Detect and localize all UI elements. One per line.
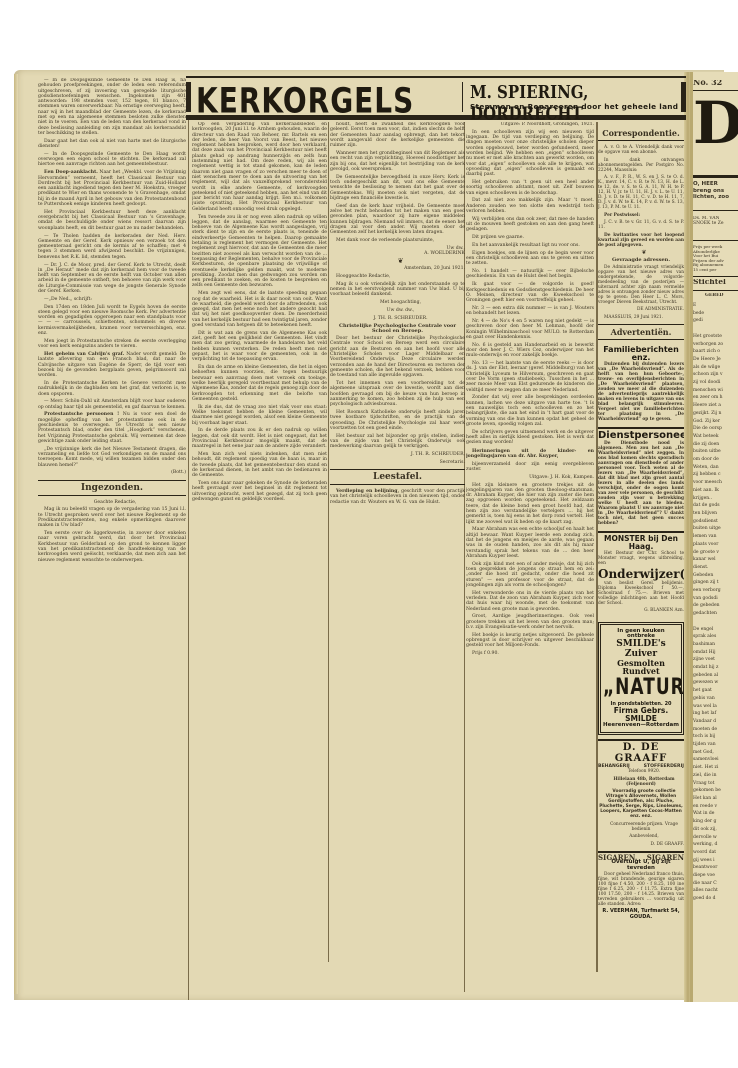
text-line: als de wilge — [693, 364, 738, 372]
letter-closing: Met hoogachting, — [330, 300, 465, 305]
text-line: Die de oorsp — [693, 425, 738, 433]
rule — [693, 276, 738, 277]
ad-text: Het Bestuur der Chr. School te Monster v… — [598, 551, 684, 566]
text-line: buiten uitbe — [693, 448, 738, 456]
letter-salutation: Hooggeachte Redactie, — [330, 274, 465, 279]
news-item: Men joegt in Protestantsche streken de e… — [38, 339, 186, 350]
ad-address: R. VEERMAN, Turfmarkt 54, GOUDA. — [598, 909, 684, 920]
text-line: toch is bij — [693, 733, 738, 741]
review-paragraph: Het zijn kleinere en grootere trekjes ui… — [466, 483, 594, 525]
text-line: Weten, dan — [693, 464, 738, 472]
letter-paragraph: houdt, heeft de zwakheid des kerkvoogden… — [330, 122, 465, 148]
text-line: zijne voet — [693, 656, 738, 664]
ad-phone: Telefoon 9920. — [598, 769, 684, 774]
text-line: gedachten — [693, 610, 738, 618]
next-page-text: Ebedegedi Het grootsteverborgen zobaart … — [693, 302, 738, 903]
ad-subheading: Overtuigt U, gij zijt tevreden — [598, 860, 684, 872]
ad-sigaren: SIGAREN. SIGAREN Overtuigt U, gij zijt t… — [598, 851, 684, 922]
ad-text: Door geheel Nederland franco thuis, fijn… — [598, 872, 684, 907]
review-paragraph: bijeenverzameld door zijn eenig overgebl… — [466, 462, 594, 473]
ad-text: BEHANGERIJ — [598, 764, 630, 769]
section-heading-ingezonden: Ingezonden. — [38, 480, 186, 496]
review-paragraph: No. 1 handelt — natuurlijk — over Bijbel… — [466, 269, 594, 280]
review-paragraph: Eigen boekjes, om de lijnen op de begin … — [466, 251, 594, 267]
column-4: Uitgave: P. Noordhoff, Groningen, 1921. … — [466, 122, 594, 1022]
masthead-ad: KERKORGELS M. SPIERING, DORDRECHT Stemme… — [186, 76, 686, 120]
masthead-divider — [462, 82, 463, 112]
text-line: buiten uitge — [693, 525, 738, 533]
text-line: bashiman — [693, 641, 738, 649]
news-item: In de Protestantsche Kerken te Geneve ve… — [38, 381, 186, 397]
text-line: gedi — [693, 317, 738, 325]
text-line: het gaat — [693, 687, 738, 695]
letter-paragraph: De Gemeentelijke bevoegdheid in onze Her… — [330, 175, 465, 201]
text-line: de gebeden — [693, 602, 738, 610]
correspondence-notice: De kwitanties voor het loopend kwartaal … — [598, 233, 684, 248]
administration-place-date: MAASSLUIS, 29 Juni 1921. — [598, 315, 684, 320]
news-item-source: (Bott.) — [38, 470, 186, 475]
column-rule — [188, 120, 189, 1000]
review-paragraph: Het boekje is keurig netjes uitgevoerd. … — [466, 633, 594, 649]
rule — [693, 210, 738, 211]
text-line: zij vol doodi — [693, 379, 738, 387]
text-line: Vandaar d — [693, 718, 738, 726]
column-3: houdt, heeft de zwakheid des kerkvoogden… — [330, 122, 465, 1022]
news-item: —„De Ned.„ schrijft: — [38, 297, 186, 302]
text-line: ziel, die in — [693, 772, 738, 780]
administration-signature: DE ADMINISTRATIE. — [598, 307, 684, 312]
text-line: woord dat — [693, 849, 738, 857]
news-item-text: Nu is voor een doel de mogelijke opheffi… — [38, 412, 186, 443]
article-heading: Christelijke Psychologische Centrale voo… — [330, 324, 465, 335]
review-price: Prijs f 0.90. — [466, 651, 594, 656]
text-line: De Heere Je — [693, 356, 738, 364]
text-line: alles nacht — [693, 887, 738, 895]
ad-address: Hilleiaan 48b, Rotterdam (Feljenoord) — [598, 777, 684, 787]
ad-signature: Aanbevelend, — [598, 834, 684, 839]
ad-de-graaff: D. DE GRAAFF BEHANGERIJ STOFFEERDERIJ Te… — [598, 739, 684, 851]
text-line: die naar C — [693, 880, 738, 888]
text-line: om door de — [693, 456, 738, 464]
review-paragraph: Het verwonderde ons in de vierde plaats … — [466, 591, 594, 612]
text-line: Wat in de — [693, 810, 738, 818]
section-heading-advertenties: Advertentiën. — [598, 324, 684, 340]
text-line: menschen wi — [693, 387, 738, 395]
review-paragraph: Wij verblijden ons dan ook zeer, dat mee… — [466, 217, 594, 233]
ad-text: De Dienstbode nood is algemeen. Men zou … — [598, 441, 684, 526]
letter-closing: Uw dw. dw., — [330, 308, 465, 313]
news-item: — In de Doopsgezinde Gemeente te Den Haa… — [38, 152, 186, 168]
correspondence-item: A. v. O. te A. Vriendelijk dank voor de … — [598, 145, 684, 155]
correspondence-subhead: Per Postwissel: — [598, 213, 684, 218]
text-line: diepe voe — [693, 872, 738, 880]
text-line: omdat Hij — [693, 649, 738, 657]
page-edge — [14, 74, 18, 994]
news-item: Protestantsche persoonen ! Nu is voor ee… — [38, 412, 186, 444]
correspondence-item: De Administratie vraagt vriendelijk opga… — [598, 265, 684, 305]
nameplate-initial: D — [693, 92, 738, 154]
text-line: van godsdi — [693, 595, 738, 603]
text-line: kanar wel — [693, 556, 738, 564]
text-line: werking, d — [693, 841, 738, 849]
article-signature-role: Secretaris. — [330, 460, 465, 465]
text-line: 15 cent per — [693, 268, 738, 273]
letter-paragraph: Mag ik nu beleefd vragen op de vergaderi… — [38, 507, 186, 528]
review-paragraph: Ik gaat voor — de volgorde is goed! Kerk… — [466, 282, 594, 303]
letter-paragraph: Ten tweede zou ik er nog even allen nadr… — [192, 215, 327, 289]
text-line: lichten, zoo — [693, 194, 738, 201]
publisher-line: Uitgave: J. H. Kok, Kampen. — [466, 475, 594, 480]
ad-heading: D. DE GRAAFF — [598, 743, 684, 764]
text-line: gingen zij t — [693, 579, 738, 587]
news-item-text: Naar het „Weekbl. voor de Vrijzinnig Her… — [38, 170, 186, 207]
letter-paragraph: Geef dan de kerk haar vrijheid. De Gemee… — [330, 204, 465, 236]
letter-paragraph: Ik zie dus, dat de vraag zoo niet vlak v… — [192, 405, 327, 426]
masthead-bar-right — [681, 82, 686, 112]
news-item: — In de Doopsgezinde Gemeente te Den Haa… — [38, 78, 186, 136]
text-line: gebis van — [693, 695, 738, 703]
letter-paragraph: In de derde plaats zou ik er den nadruk … — [192, 428, 327, 449]
correspondence-subhead: Gevraagde adressen. — [598, 258, 684, 263]
ornament: ❦ — [598, 250, 684, 255]
text-line: plaats voor — [693, 541, 738, 549]
review-paragraph: Dat zal niet zoo makkelijk zijn. Maar 't… — [466, 198, 594, 214]
text-line: SNOEK te Ze — [693, 221, 738, 226]
text-line: God. Zij ker — [693, 418, 738, 426]
review-paragraph: Maar Abraham was een echte schooljuf en … — [466, 527, 594, 559]
news-item: — Te Tholen hadden de kerkeraden der Ned… — [38, 234, 186, 260]
text-line: sprak ales — [693, 633, 738, 641]
review-paragraph: No. 6 is gesteld aan Handenarbeid en is … — [466, 343, 594, 359]
review-paragraph: Het gebruiken van 't geen uit een heel a… — [466, 180, 594, 196]
news-item: Het Provinciaal Kerkbestuur heeft deze a… — [38, 210, 186, 231]
section-heading-stichtelijk: Stichtel — [693, 279, 738, 284]
text-line: dit ook zij, — [693, 826, 738, 834]
rule — [693, 240, 738, 241]
text-line: zij hebben c — [693, 471, 738, 479]
ad-signature: D. DE GRAAFF. — [598, 842, 684, 847]
letter-paragraph: Ten eerste over de liggerkwestie, in zoo… — [38, 531, 186, 563]
letter-paragraph: Men zegt wel eens, dat de laatste speedi… — [192, 291, 327, 328]
text-line: Wat beteek — [693, 433, 738, 441]
news-item: Den 17den en 18den Juli wordt te Eygels … — [38, 305, 186, 337]
ad-heading: Dienstpersoneel. — [598, 431, 684, 442]
text-line — [693, 325, 738, 333]
text-line: bede — [693, 310, 738, 318]
text-line: krijgen.. — [693, 495, 738, 503]
text-line: goed do d — [693, 895, 738, 903]
ad-heading: Familieberichten enz. — [598, 346, 684, 363]
ad-heading: Onderwijzer(es), — [598, 568, 684, 581]
column-2: Op een vergadering van kerkeraadsleden e… — [192, 122, 327, 942]
column-5: Correspondentie. A. v. O. te A. Vriendel… — [598, 122, 684, 962]
ad-text: Voorradig groote collectie Vitrage's All… — [598, 789, 684, 819]
ad-text: van beslist Gerel. belijdenis. Diploma K… — [598, 581, 684, 606]
letter-paragraph: Men kan zich wel niets indenken, dat men… — [192, 452, 327, 478]
ad-natura: In geen keuken ontbreke SMILDE's Zuiver … — [598, 622, 684, 736]
letter-paragraph: Op een vergadering van kerkeraadsleden e… — [192, 122, 327, 212]
letter-paragraph: En dan de arme en kleine Gemeenten, die … — [192, 365, 327, 402]
text-line: die zij doen — [693, 441, 738, 449]
ad-text: Duizenden bij duizenden lezers van „De W… — [598, 362, 684, 422]
text-line: king der g — [693, 818, 738, 826]
text-line: ten blijven — [693, 510, 738, 518]
article-paragraph: Het bestuur zal het bijzonder op prijs s… — [330, 434, 465, 450]
review-paragraph: Zonder dat wij over alle besprekingen oo… — [466, 395, 594, 427]
nameplate-motto: O, HEERbreng onslichten, zoo — [693, 181, 738, 201]
text-line: dat de gods — [693, 502, 738, 510]
news-item: — Mevr. Schön-Dahl uit Amsterdam blijft … — [38, 399, 186, 410]
text-line — [693, 618, 738, 626]
ad-familieberichten: Familieberichten enz. Duizenden bij duiz… — [598, 344, 684, 427]
letter-paragraph: Dit is wat aan de grens van de Algemeene… — [192, 331, 327, 363]
article-signature: J. TH. R. SCHREUDER, — [330, 452, 465, 457]
text-line: De engel — [693, 626, 738, 634]
text-line: ing het laf — [693, 710, 738, 718]
masthead-title: KERKORGELS — [196, 80, 414, 121]
ad-firm: Firma Gebrs. SMILDE — [603, 707, 679, 723]
text-line: moeten de — [693, 726, 738, 734]
ad-city: Heerenveen—Rotterdam — [603, 723, 679, 729]
rule — [693, 175, 738, 178]
text-line: schoon zijn v — [693, 371, 738, 379]
text-line: gij wees i — [693, 857, 738, 865]
article-heading: GEBED — [705, 293, 738, 298]
masthead-tagline: Stemmen en Repareeren door het geheele l… — [470, 102, 678, 111]
text-line: gekomen be — [693, 787, 738, 795]
ad-heading: SMILDE's Zuiver — [603, 640, 679, 659]
text-line: baart zich o — [693, 348, 738, 356]
text-line: lemen van — [693, 533, 738, 541]
text-line: met God, — [693, 749, 738, 757]
review-paragraph: Groot, Aardige jeugdherinneringen. Ook v… — [466, 614, 594, 630]
review-paragraph: Ook zijn kind met een of ander meisje, d… — [466, 562, 594, 588]
ad-monster: MONSTER bij Den Haag. Het Bestuur der Ch… — [598, 531, 684, 618]
correspondence-item: J. C. v. B. te v. Gr. 11, G. v. d. S. te… — [598, 220, 684, 230]
review-paragraph: Verdieping en belijning, geschrift voor … — [330, 489, 465, 505]
text-line: gewezen w — [693, 679, 738, 687]
article-paragraph: Tot het innemen van een voorbereiding to… — [330, 381, 465, 407]
text-line: E — [693, 302, 738, 310]
letter-salutation: Geachte Redactie, — [38, 500, 186, 505]
review-paragraph: Dit prijzen we gaarne. — [466, 235, 594, 240]
review-title: Herinneringen uit de kinder- en jongelin… — [466, 449, 594, 460]
rule — [693, 290, 738, 291]
publisher-line: Uitgave: P. Noordhoff, Groningen, 1921. — [466, 122, 594, 127]
text-line: en reede v — [693, 803, 738, 811]
text-line: dienst. — [693, 564, 738, 572]
letter-paragraph: Mag ik u ook vriendelijk zijn het onders… — [330, 282, 465, 298]
article-paragraph: Door het bestuur der Christelijke Psycho… — [330, 336, 465, 378]
section-heading-correspondentie: Correspondentie. — [598, 126, 684, 141]
ad-brand: „NATURA” — [603, 677, 679, 700]
text-line: omdat hij z — [693, 664, 738, 672]
review-paragraph: Nr. 3 — een extra dik nummer — is van J.… — [466, 306, 594, 317]
review-paragraph: In een schoolleven zijn wij een nieuwen … — [466, 130, 594, 178]
review-paragraph: En het aanvankelijk resultaat ligt nu vo… — [466, 243, 594, 248]
text-line: dervolle w — [693, 834, 738, 842]
text-line: Het kan al — [693, 795, 738, 803]
column-1: — In de Doopsgezinde Gemeente te Den Haa… — [38, 78, 186, 998]
section-heading-leestafel: Leestafel. — [330, 469, 465, 485]
ad-text: Concurreerende prijzen. Vrage bedienin — [598, 822, 684, 832]
news-item-title: Een Doop-aanklacht. — [44, 170, 98, 175]
text-line: samenvloei — [693, 756, 738, 764]
text-line: Vraag tot — [693, 780, 738, 788]
ad-heading: Gesmolten Rundvet — [603, 659, 679, 676]
news-item-title: Protestantsche persoonen ! — [44, 412, 119, 417]
text-line: verborgen zo — [693, 341, 738, 349]
letter-paragraph: Toen ons daar naar gekeken de Synode de … — [192, 481, 327, 502]
news-item: Het geheim van Calvijn's graf. Nader wor… — [38, 352, 186, 378]
review-paragraph: No. 13 — het laatste van de eerste reeks… — [466, 361, 594, 393]
masthead-bar-left — [186, 82, 191, 112]
nameplate-prices: Prijs per weekAfzonderlijkeVoor het BuiP… — [693, 245, 738, 273]
correspondence-item: A. v. F., P. R., W. S. en J. S. te O. d.… — [598, 175, 684, 210]
news-item: Een Doop-aanklacht. Naar het „Weekbl. vo… — [38, 170, 186, 207]
letter-place-date: Amsterdam, 20 Juni 1921. — [330, 266, 465, 271]
ad-signature: G. BLANKEN Azn. — [598, 608, 684, 613]
text-line: godsdienst — [693, 518, 738, 526]
review-paragraph: De schrijvers geven uitnemend werk en de… — [466, 430, 594, 446]
text-line: de groote v — [693, 549, 738, 557]
correspondence-item: In dank ontvangen abonnementsgelden. Per… — [598, 158, 684, 173]
text-line: Gebeden — [693, 572, 738, 580]
ornament: ❦ — [330, 259, 465, 264]
issue-number: No. 32 — [693, 80, 738, 85]
text-line: en zeer om h — [693, 394, 738, 402]
letter-signature: Uw dw., A. WOELDERINK — [330, 246, 465, 257]
letter-signature: J. TH. R. SCHREUDER. — [330, 316, 465, 321]
text-line: niet aan. Ik — [693, 487, 738, 495]
rule — [693, 90, 738, 91]
letter-paragraph: Met dank voor de verleende plaatsruimte, — [330, 238, 465, 243]
news-item: „De vrijzinnige kerk die het Nieuwe Test… — [38, 447, 186, 468]
text-line: voor meesch — [693, 479, 738, 487]
news-item: Daar gaat het dan ook al niet van harte … — [38, 139, 186, 150]
text-line: niet. Het zi — [693, 764, 738, 772]
letter-paragraph: Wanneer men het grondbeginsel van dit Re… — [330, 151, 465, 172]
review-paragraph: Nr. 4 — de No's 4 en 5 waren nog niet ge… — [466, 319, 594, 340]
column-rule — [328, 122, 329, 962]
text-line: beantwoor — [693, 864, 738, 872]
text-line: was wel la — [693, 703, 738, 711]
text-line: tijden van — [693, 741, 738, 749]
text-line: Heere ziet a — [693, 402, 738, 410]
ad-dienstpersoneel: Dienstpersoneel. De Dienstbode nood is a… — [598, 427, 684, 531]
text-line: Het grootste — [693, 333, 738, 341]
nameplate-editor: Ds. M. VANSNOEK te Ze — [693, 216, 738, 227]
text-line: een verborg — [693, 587, 738, 595]
article-paragraph: Het Roomsch Katholieke onderwijs heeft s… — [330, 410, 465, 431]
text-line: gezijkt. Zij n — [693, 410, 738, 418]
news-item: — Dr. J. C. de Moor, pred. der Geref. Ke… — [38, 263, 186, 295]
ad-heading: MONSTER bij Den Haag. — [598, 535, 684, 551]
text-line: gebeden al — [693, 672, 738, 680]
